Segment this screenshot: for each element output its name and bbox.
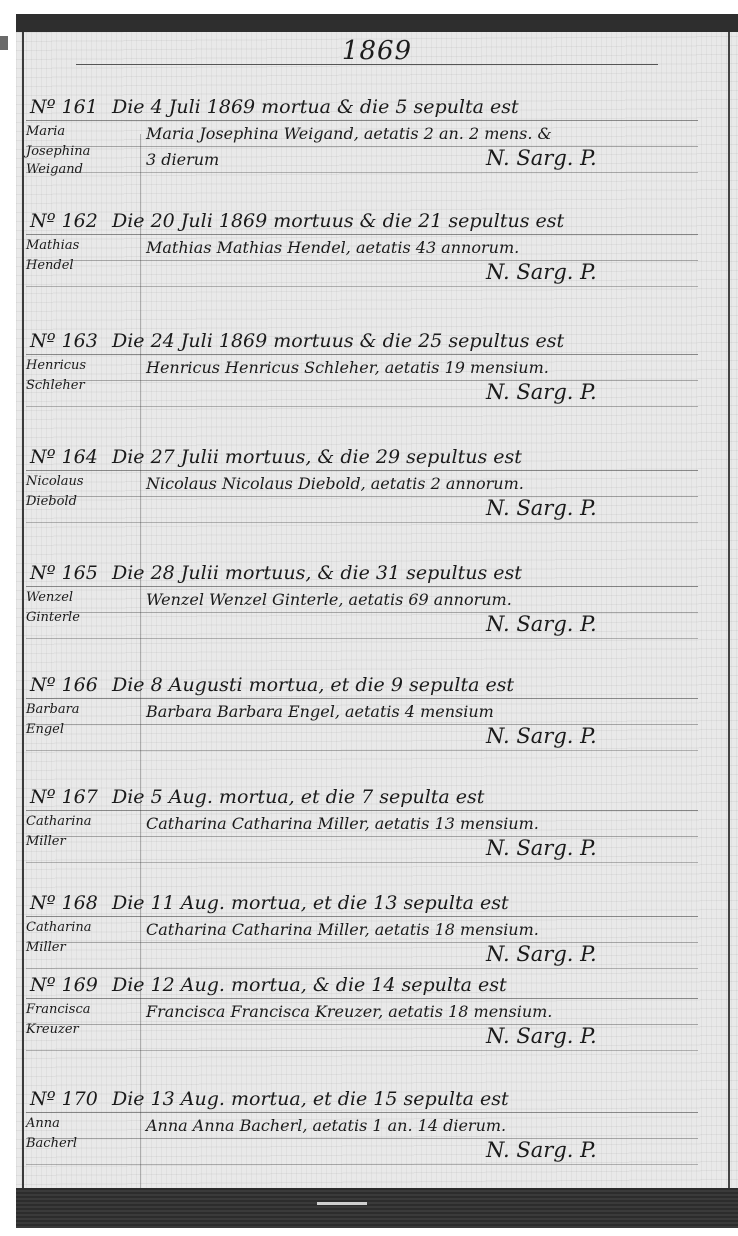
- margin-name: Josephina: [26, 144, 90, 159]
- ruled-line: [26, 1112, 698, 1113]
- scan-top-border: [16, 14, 738, 32]
- ruled-line: [26, 354, 698, 355]
- ruled-line: [26, 406, 698, 407]
- ruled-line: [26, 750, 698, 751]
- entry-continuation-line: 3 dierum: [146, 150, 219, 169]
- margin-name: Hendel: [26, 258, 74, 273]
- priest-signature: N. Sarg. P.: [486, 146, 597, 170]
- margin-name: Kreuzer: [26, 1022, 79, 1037]
- margin-name: Nicolaus: [26, 474, 84, 489]
- ruled-line: [26, 234, 698, 235]
- margin-name: Barbara: [26, 702, 80, 717]
- entry-name-age-line: Nicolaus Nicolaus Diebold, aetatis 2 ann…: [146, 474, 524, 493]
- priest-signature: N. Sarg. P.: [486, 724, 597, 748]
- entry-death-burial-line: Die 24 Juli 1869 mortuus & die 25 sepult…: [112, 330, 564, 352]
- margin-name: Francisca: [26, 1002, 91, 1017]
- entry-name-age-line: Catharina Catharina Miller, aetatis 18 m…: [146, 920, 539, 939]
- ruled-line: [26, 968, 698, 969]
- entry-number: Nº 167: [30, 786, 98, 808]
- register-entry: Nº 167Die 5 Aug. mortua, et die 7 sepult…: [16, 786, 738, 886]
- priest-signature: N. Sarg. P.: [486, 380, 597, 404]
- ruled-line: [26, 380, 698, 381]
- entry-death-burial-line: Die 4 Juli 1869 mortua & die 5 sepulta e…: [112, 96, 519, 118]
- entry-death-burial-line: Die 27 Julii mortuus, & die 29 sepultus …: [112, 446, 522, 468]
- margin-name: Schleher: [26, 378, 85, 393]
- register-entry: Nº 164Die 27 Julii mortuus, & die 29 sep…: [16, 446, 738, 546]
- ruled-line: [26, 916, 698, 917]
- entry-name-age-line: Francisca Francisca Kreuzer, aetatis 18 …: [146, 1002, 552, 1021]
- margin-name: Miller: [26, 834, 66, 849]
- margin-name: Ginterle: [26, 610, 80, 625]
- margin-name: Catharina: [26, 920, 92, 935]
- margin-name: Bacherl: [26, 1136, 77, 1151]
- ruled-line: [26, 836, 698, 837]
- register-entry: Nº 161Die 4 Juli 1869 mortua & die 5 sep…: [16, 96, 738, 196]
- margin-name: Diebold: [26, 494, 77, 509]
- priest-signature: N. Sarg. P.: [486, 496, 597, 520]
- margin-name: Weigand: [26, 162, 83, 177]
- entry-name-age-line: Catharina Catharina Miller, aetatis 13 m…: [146, 814, 539, 833]
- register-entry: Nº 162Die 20 Juli 1869 mortuus & die 21 …: [16, 210, 738, 310]
- ruled-line: [26, 942, 698, 943]
- register-entry: Nº 165Die 28 Julii mortuus, & die 31 sep…: [16, 562, 738, 662]
- margin-name: Henricus: [26, 358, 86, 373]
- margin-name: Engel: [26, 722, 64, 737]
- register-entry: Nº 170Die 13 Aug. mortua, et die 15 sepu…: [16, 1088, 738, 1188]
- entry-number: Nº 165: [30, 562, 98, 584]
- register-page: 1869 Nº 161Die 4 Juli 1869 mortua & die …: [16, 14, 738, 1228]
- heading-rule: [76, 64, 658, 65]
- entry-number: Nº 163: [30, 330, 98, 352]
- entry-number: Nº 161: [30, 96, 98, 118]
- ruled-line: [26, 1050, 698, 1051]
- margin-name: Wenzel: [26, 590, 73, 605]
- entry-death-burial-line: Die 5 Aug. mortua, et die 7 sepulta est: [112, 786, 484, 808]
- ruled-line: [26, 496, 698, 497]
- priest-signature: N. Sarg. P.: [486, 836, 597, 860]
- register-entry: Nº 163Die 24 Juli 1869 mortuus & die 25 …: [16, 330, 738, 430]
- register-entry: Nº 169Die 12 Aug. mortua, & die 14 sepul…: [16, 974, 738, 1074]
- entry-death-burial-line: Die 12 Aug. mortua, & die 14 sepulta est: [112, 974, 507, 996]
- priest-signature: N. Sarg. P.: [486, 1024, 597, 1048]
- ruled-line: [26, 1164, 698, 1165]
- priest-signature: N. Sarg. P.: [486, 942, 597, 966]
- entry-death-burial-line: Die 13 Aug. mortua, et die 15 sepulta es…: [112, 1088, 509, 1110]
- ruled-line: [26, 810, 698, 811]
- priest-signature: N. Sarg. P.: [486, 1138, 597, 1162]
- ruled-line: [26, 698, 698, 699]
- entry-death-burial-line: Die 20 Juli 1869 mortuus & die 21 sepult…: [112, 210, 564, 232]
- margin-name: Catharina: [26, 814, 92, 829]
- entry-number: Nº 168: [30, 892, 98, 914]
- ruled-line: [26, 260, 698, 261]
- year-heading: 1869: [16, 36, 738, 66]
- ruled-line: [26, 470, 698, 471]
- ruled-line: [26, 638, 698, 639]
- ruled-line: [26, 172, 698, 173]
- margin-name: Miller: [26, 940, 66, 955]
- priest-signature: N. Sarg. P.: [486, 612, 597, 636]
- scan-edge-mark: [0, 36, 8, 50]
- entry-death-burial-line: Die 11 Aug. mortua, et die 13 sepulta es…: [112, 892, 509, 914]
- entry-name-age-line: Henricus Henricus Schleher, aetatis 19 m…: [146, 358, 549, 377]
- binding-mark: [317, 1202, 367, 1205]
- entry-number: Nº 164: [30, 446, 98, 468]
- entry-name-age-line: Wenzel Wenzel Ginterle, aetatis 69 annor…: [146, 590, 512, 609]
- register-entry: Nº 166Die 8 Augusti mortua, et die 9 sep…: [16, 674, 738, 774]
- entry-death-burial-line: Die 28 Julii mortuus, & die 31 sepultus …: [112, 562, 522, 584]
- scan-bottom-border: [16, 1188, 738, 1228]
- entry-death-burial-line: Die 8 Augusti mortua, et die 9 sepulta e…: [112, 674, 514, 696]
- entry-number: Nº 170: [30, 1088, 98, 1110]
- entry-name-age-line: Mathias Mathias Hendel, aetatis 43 annor…: [146, 238, 519, 257]
- ruled-line: [26, 1138, 698, 1139]
- ruled-line: [26, 522, 698, 523]
- margin-name: Mathias: [26, 238, 79, 253]
- ruled-line: [26, 286, 698, 287]
- ruled-line: [26, 1024, 698, 1025]
- margin-name: Maria: [26, 124, 65, 139]
- ruled-line: [26, 724, 698, 725]
- entry-name-age-line: Maria Josephina Weigand, aetatis 2 an. 2…: [146, 124, 552, 143]
- entry-number: Nº 162: [30, 210, 98, 232]
- ruled-line: [26, 586, 698, 587]
- ruled-line: [26, 862, 698, 863]
- entry-number: Nº 166: [30, 674, 98, 696]
- entry-number: Nº 169: [30, 974, 98, 996]
- entry-name-age-line: Anna Anna Bacherl, aetatis 1 an. 14 dier…: [146, 1116, 506, 1135]
- ruled-line: [26, 612, 698, 613]
- priest-signature: N. Sarg. P.: [486, 260, 597, 284]
- ruled-line: [26, 998, 698, 999]
- ruled-line: [26, 120, 698, 121]
- entry-name-age-line: Barbara Barbara Engel, aetatis 4 mensium: [146, 702, 494, 721]
- margin-name: Anna: [26, 1116, 60, 1131]
- ruled-line: [26, 146, 698, 147]
